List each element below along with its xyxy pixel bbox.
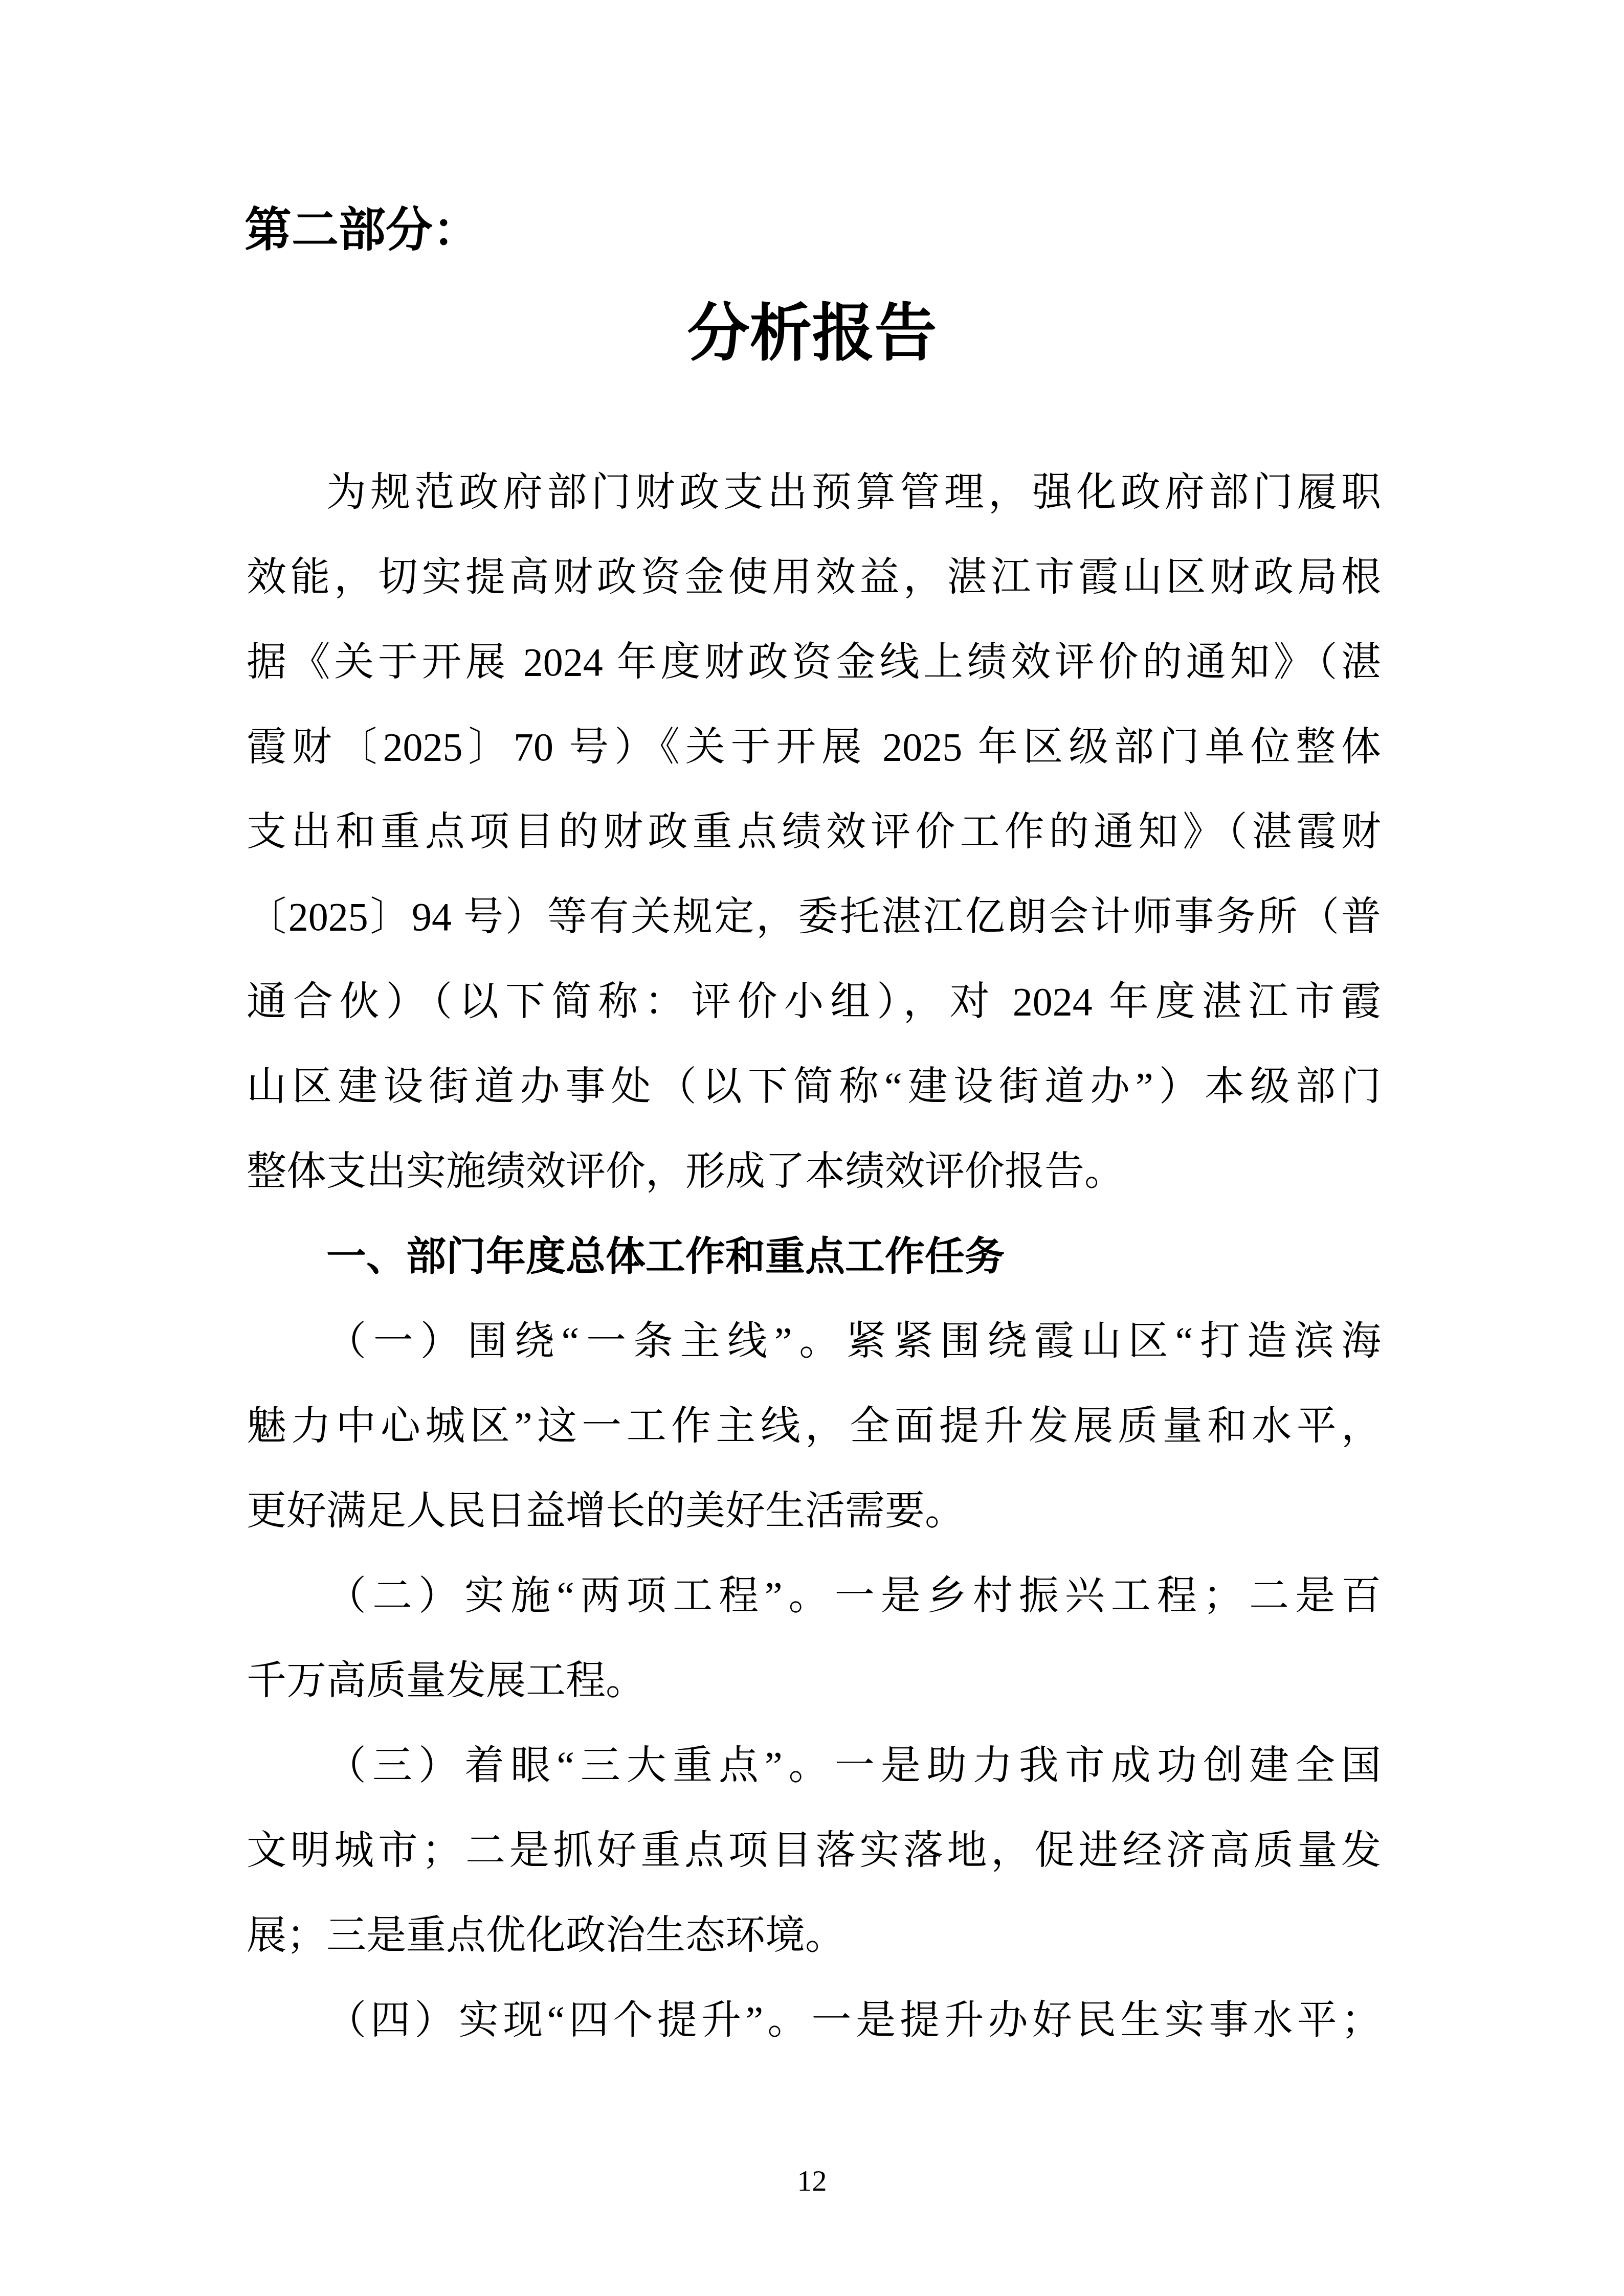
body-line: 据《关于开展 2024 年度财政资金线上绩效评价的通知》（湛 <box>247 620 1381 705</box>
body-line: 展；三是重点优化政治生态环境。 <box>247 1893 1381 1978</box>
body-line: 更好满足人民日益增长的美好生活需要。 <box>247 1469 1381 1554</box>
page-number: 12 <box>0 2166 1624 2196</box>
section-heading: 一、部门年度总体工作和重点工作任务 <box>247 1214 1381 1299</box>
body-line: 为规范政府部门财政支出预算管理，强化政府部门履职 <box>247 450 1381 535</box>
body-line: 千万高质量发展工程。 <box>247 1638 1381 1723</box>
body-line: 魅力中心城区”这一工作主线，全面提升发展质量和水平， <box>247 1384 1381 1469</box>
body-line: （二）实施“两项工程”。一是乡村振兴工程；二是百 <box>247 1554 1381 1638</box>
body-line: 文明城市；二是抓好重点项目落实落地，促进经济高质量发 <box>247 1808 1381 1893</box>
body-line: 支出和重点项目的财政重点绩效评价工作的通知》（湛霞财 <box>247 790 1381 874</box>
body-line: （三）着眼“三大重点”。一是助力我市成功创建全国 <box>247 1723 1381 1808</box>
document-title: 分析报告 <box>0 303 1624 365</box>
body-line: 通合伙）（以下简称：评价小组），对 2024 年度湛江市霞 <box>247 959 1381 1044</box>
body-line: 整体支出实施绩效评价，形成了本绩效评价报告。 <box>247 1129 1381 1214</box>
body-line: （四）实现“四个提升”。一是提升办好民生实事水平； <box>247 1978 1381 2063</box>
body-line: （一）围绕“一条主线”。紧紧围绕霞山区“打造滨海 <box>247 1299 1381 1384</box>
part-label: 第二部分： <box>244 207 480 254</box>
body-line: 效能，切实提高财政资金使用效益，湛江市霞山区财政局根 <box>247 535 1381 620</box>
document-body: 为规范政府部门财政支出预算管理，强化政府部门履职 效能，切实提高财政资金使用效益… <box>247 450 1381 2063</box>
body-line: 山区建设街道办事处（以下简称“建设街道办”）本级部门 <box>247 1044 1381 1129</box>
body-line: 〔2025〕94 号）等有关规定，委托湛江亿朗会计师事务所（普 <box>247 874 1381 959</box>
body-line: 霞财〔2025〕70 号）《关于开展 2025 年区级部门单位整体 <box>247 705 1381 790</box>
document-page: 第二部分： 分析报告 为规范政府部门财政支出预算管理，强化政府部门履职 效能，切… <box>0 0 1624 2296</box>
